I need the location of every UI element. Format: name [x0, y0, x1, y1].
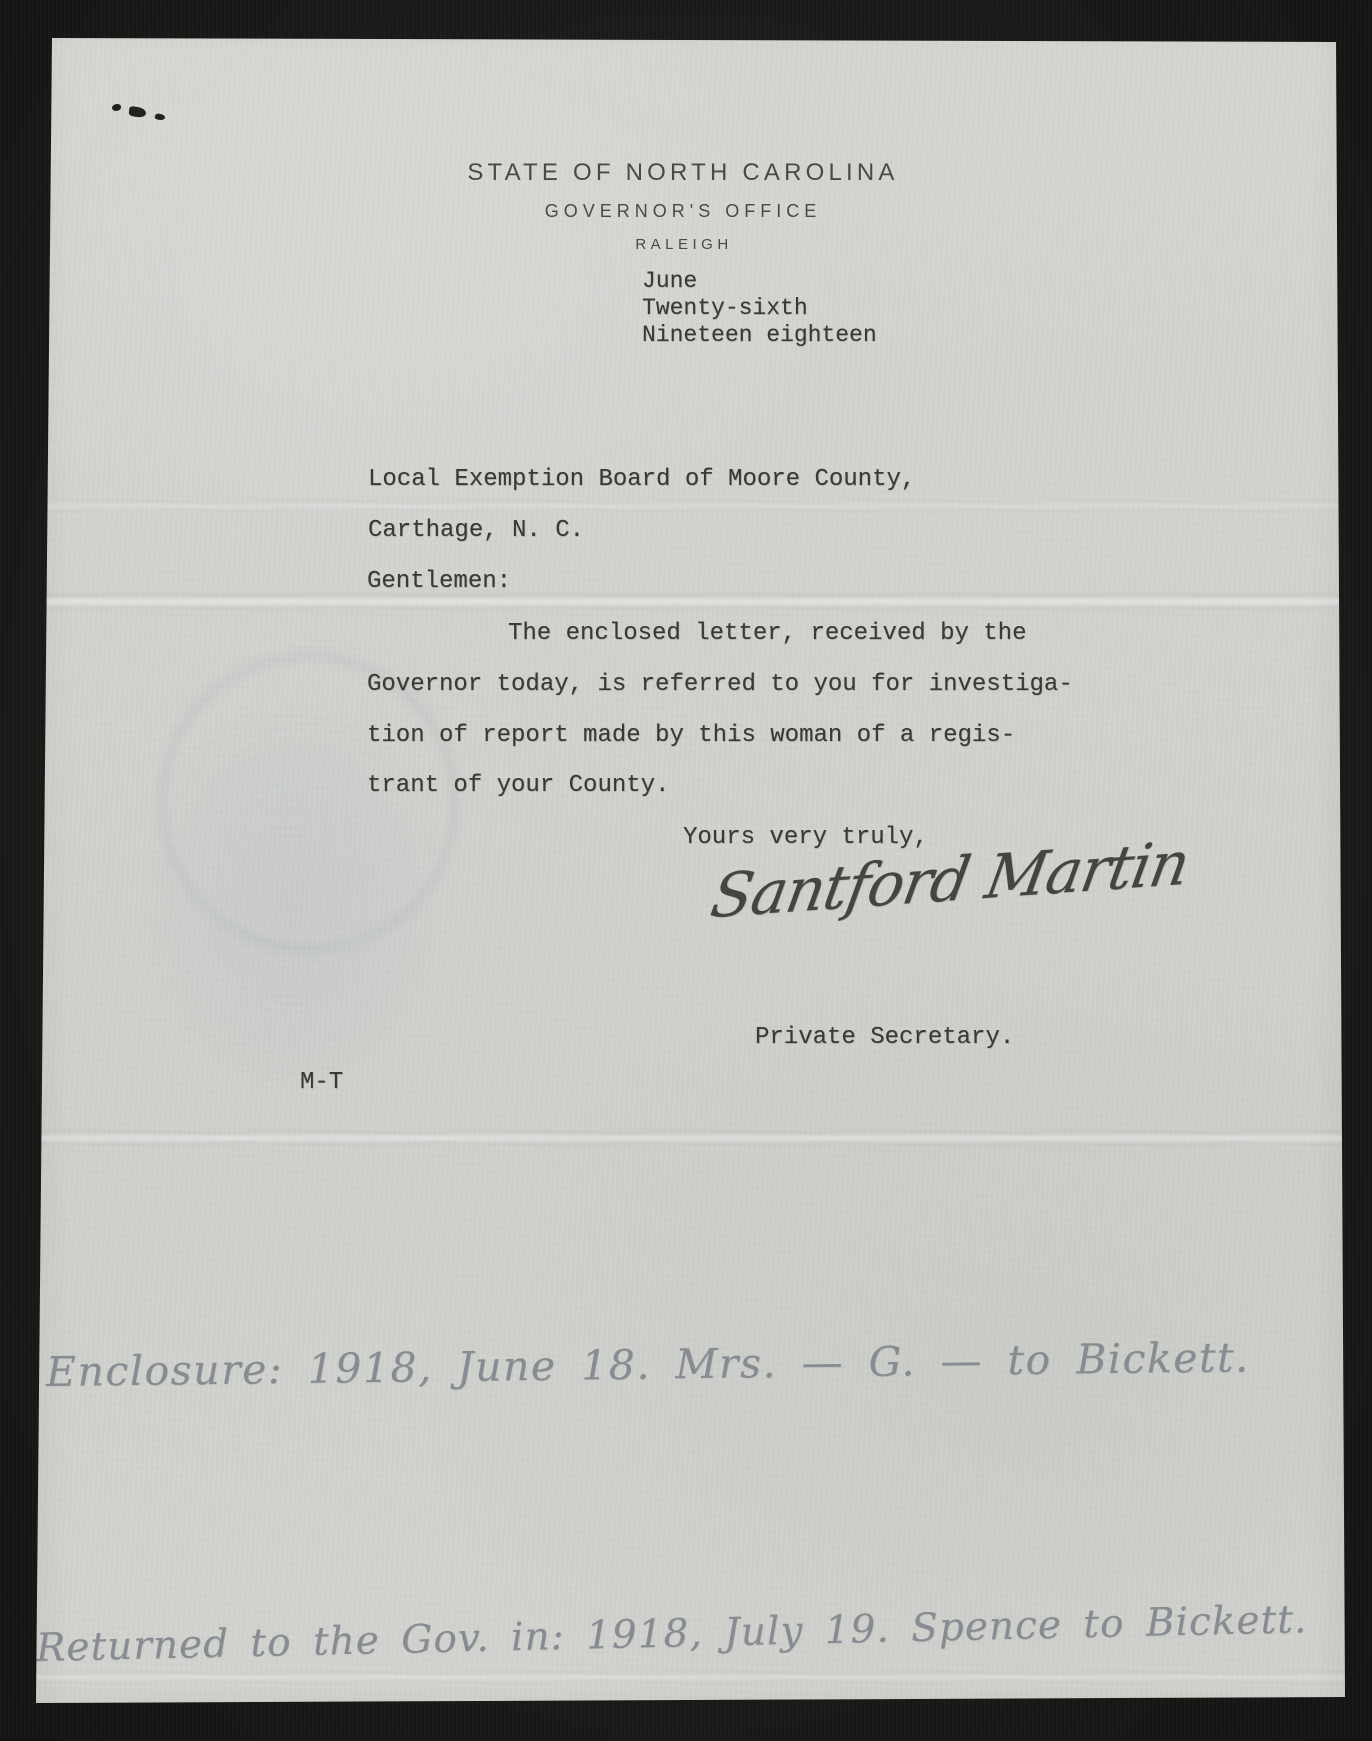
letterhead-state-name: STATE OF NORTH CAROLINA — [467, 159, 898, 187]
letterhead-office-name: GOVERNOR'S OFFICE — [545, 201, 821, 222]
signer-title: Private Secretary. — [755, 1024, 1014, 1051]
recipient-line-city: Carthage, N. C. — [368, 517, 584, 544]
letter-sheet: STATE OF NORTH CAROLINA GOVERNOR'S OFFIC… — [0, 0, 1372, 1741]
body-line-3: tion of report made by this woman of a r… — [367, 722, 1015, 749]
body-line-2: Governor today, is referred to you for i… — [367, 671, 1073, 698]
salutation: Gentlemen: — [367, 568, 511, 595]
recipient-line-board: Local Exemption Board of Moore County, — [368, 466, 915, 493]
body-line-4: trant of your County. — [367, 772, 669, 799]
date-line-month: June — [642, 268, 697, 294]
photographed-letter: STATE OF NORTH CAROLINA GOVERNOR'S OFFIC… — [0, 0, 1372, 1741]
reference-initials: M-T — [300, 1069, 343, 1096]
body-line-1: The enclosed letter, received by the — [508, 620, 1026, 647]
closing-phrase: Yours very truly, — [683, 824, 928, 851]
date-line-year: Nineteen eighteen — [642, 322, 877, 348]
date-line-day: Twenty-sixth — [642, 295, 808, 321]
letterhead-city: RALEIGH — [635, 236, 732, 253]
